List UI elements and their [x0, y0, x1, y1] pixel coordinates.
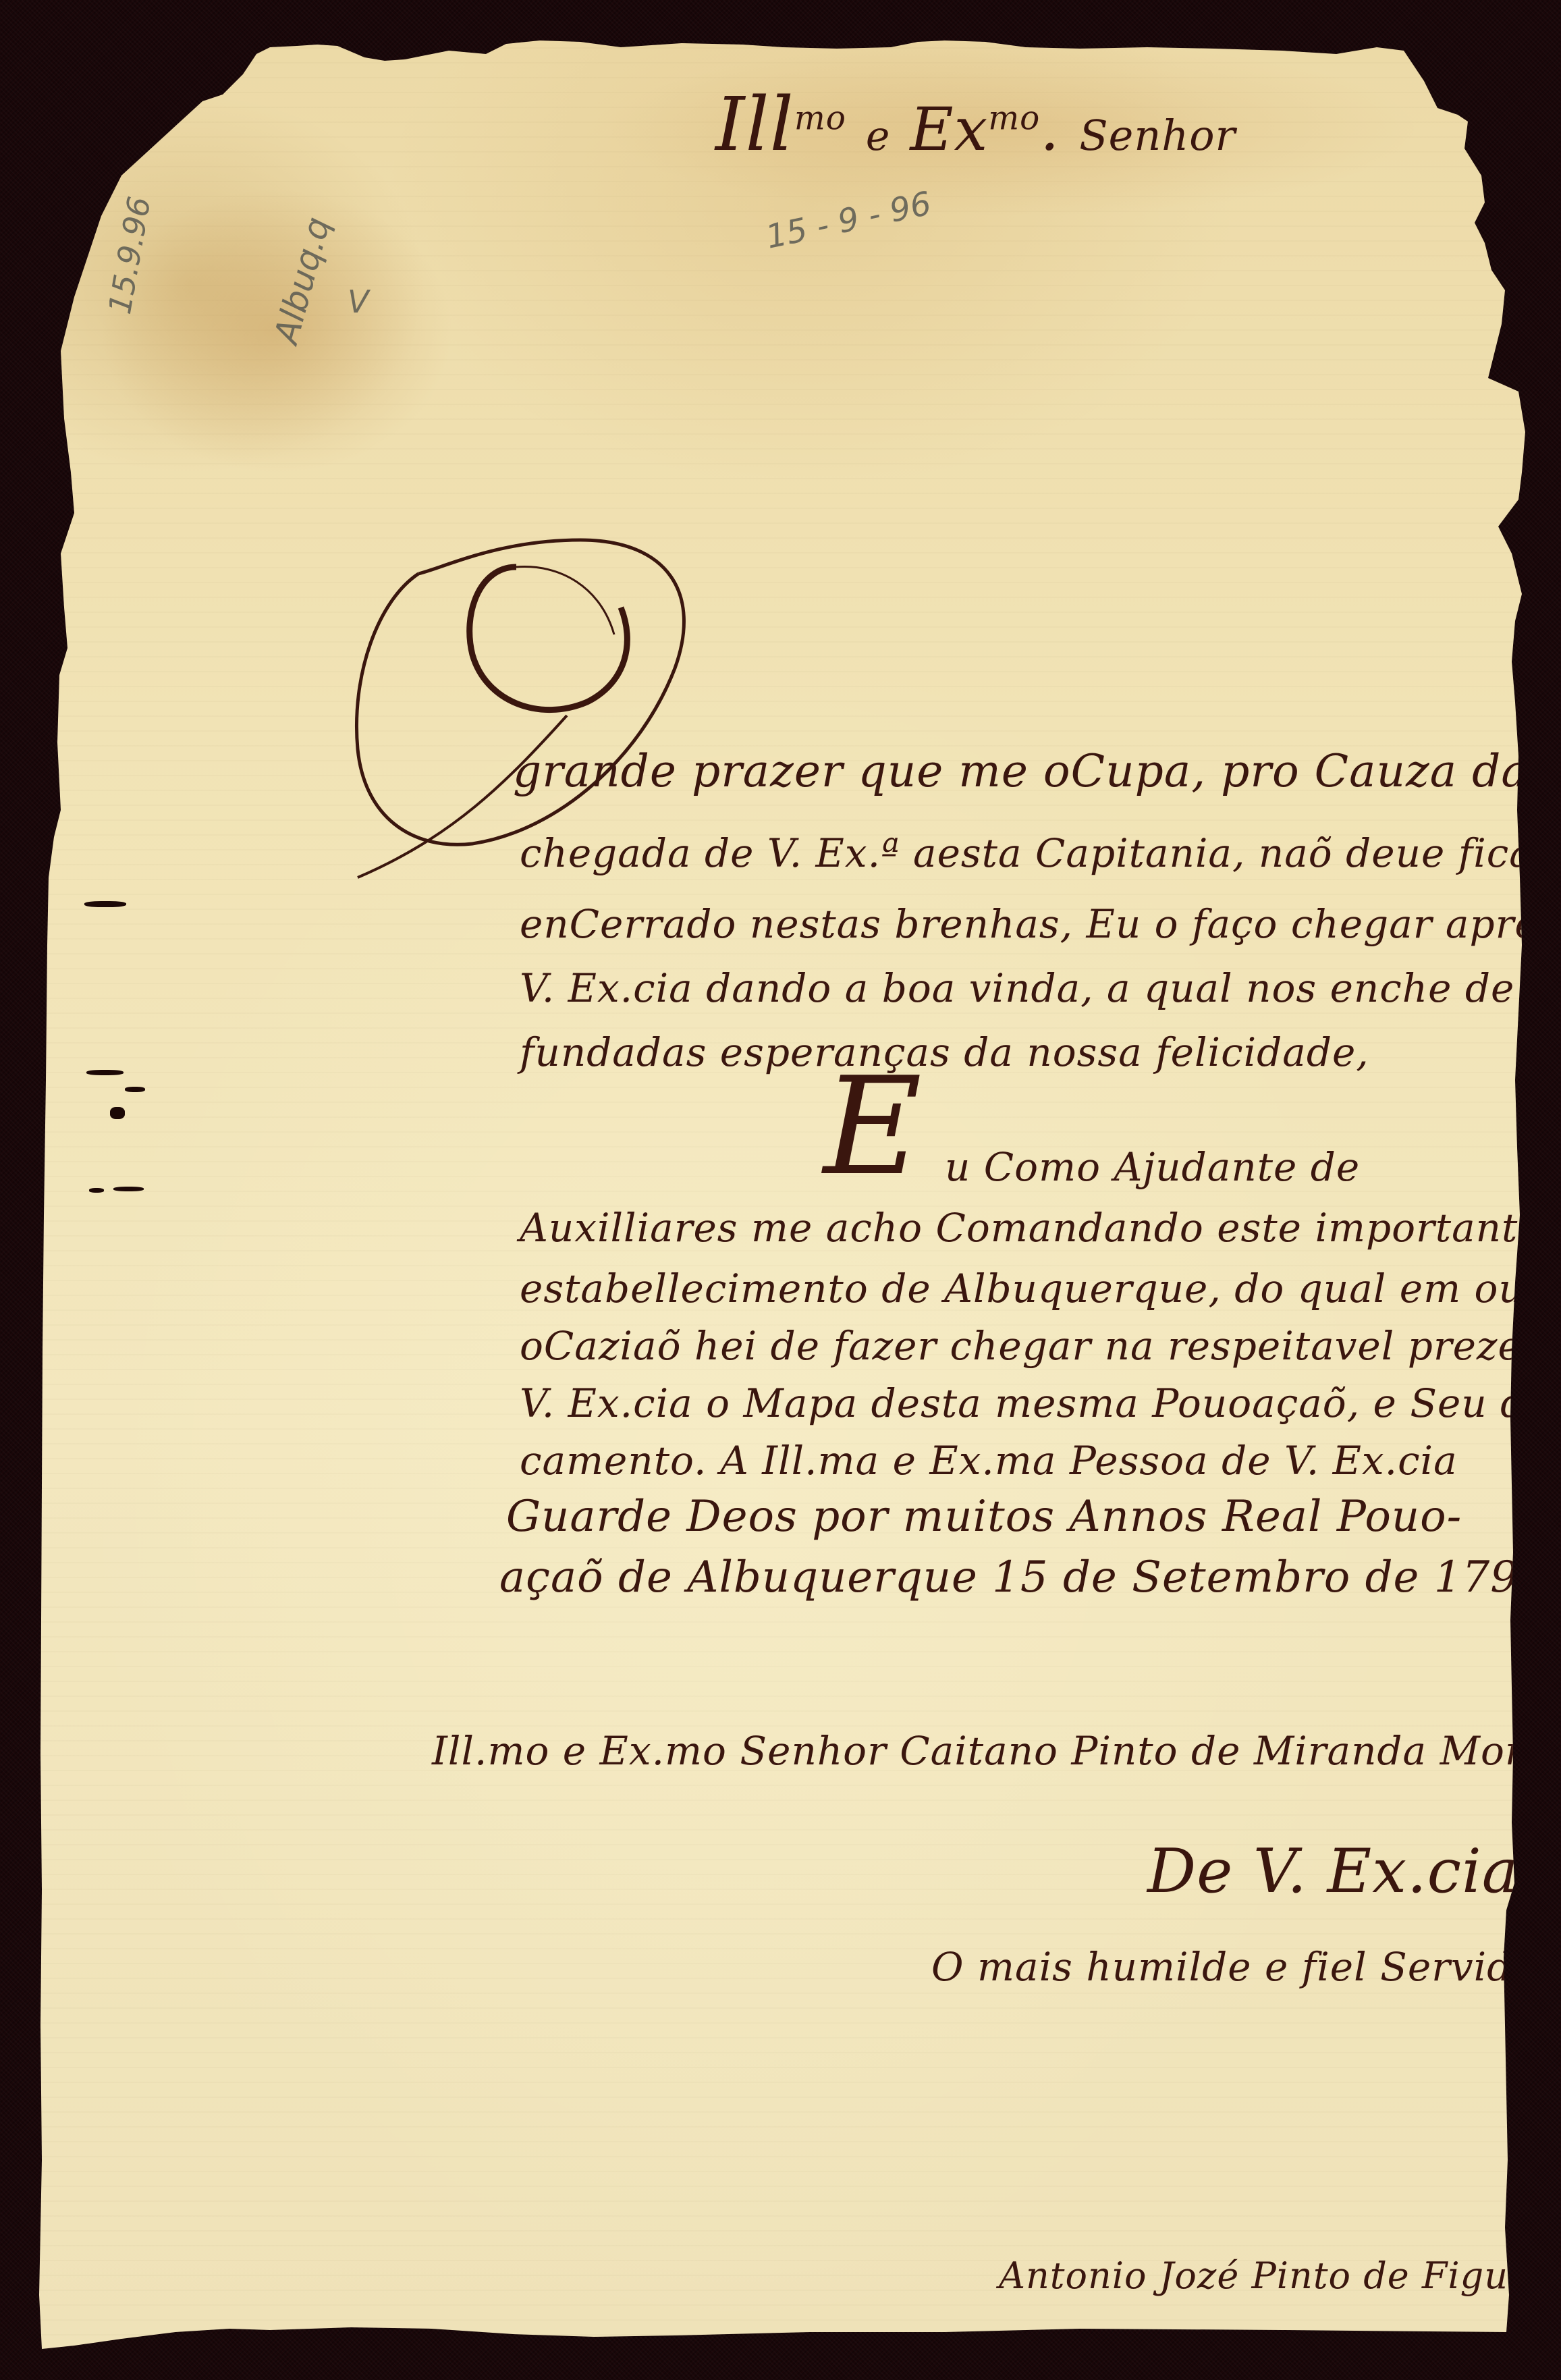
archive-mark-v: V	[348, 283, 368, 320]
salutation-sup-mo-2: mo	[988, 100, 1040, 138]
paragraph-2-line-2: Auxilliares me acho Comandando este impo…	[520, 1208, 1561, 1247]
ink-blot	[84, 901, 126, 907]
body-line-2: chegada de V. Ex.ª aesta Capitania, naõ …	[520, 834, 1553, 873]
ink-blot	[89, 1188, 104, 1193]
paragraph-2-line-8: açaõ de Albuquerque 15 de Setembro de 17…	[499, 1556, 1547, 1599]
body-line-4: V. Ex.cia dando a boa vinda, a qual nos …	[520, 969, 1561, 1008]
paragraph-2-line-4: oCaziaõ hei de fazer chegar na respeitav…	[520, 1326, 1561, 1365]
salutation-sup-mo: mo	[794, 100, 846, 138]
ink-blot	[125, 1087, 145, 1092]
paragraph-2-line-5: V. Ex.cia o Mapa desta mesma Pouoaçaõ, e…	[520, 1384, 1561, 1423]
ink-blot	[113, 1187, 144, 1191]
archive-date-center: 15 - 9 - 96	[763, 184, 935, 256]
addressee-line: Ill.mo e Ex.mo Senhor Caitano Pinto de M…	[432, 1728, 1561, 1774]
body-line-5: fundadas esperanças da nossa felicidade,	[520, 1033, 1369, 1072]
archive-date-left: 15.9.96	[101, 194, 158, 317]
ink-blot	[86, 1070, 124, 1075]
paragraph-2-initial: E	[823, 1060, 923, 1195]
ink-blot	[110, 1107, 125, 1119]
salutation-conj: e	[866, 113, 891, 160]
salutation-ex: Ex	[910, 94, 988, 164]
archive-place-note: Albuq.q	[267, 213, 337, 348]
manuscript-page: 15.9.96 Albuq.q V 15 - 9 - 96 Illmo e Ex…	[0, 0, 1561, 2380]
paragraph-2-line-3: estabellecimento de Albuquerque, do qual…	[520, 1269, 1561, 1308]
salutation-title: Senhor	[1079, 111, 1236, 160]
paragraph-2-line-1: u Como Ajudante de	[945, 1147, 1360, 1187]
closing-line: O mais humilde e fiel Servidor	[931, 1944, 1556, 1990]
salutation-header: Illmo e Exmo. Senhor	[715, 81, 1236, 167]
salutation-ill: Ill	[715, 81, 794, 167]
body-line-3: enCerrado nestas brenhas, Eu o faço cheg…	[520, 904, 1561, 944]
paragraph-2-line-6: camento. A Ill.ma e Ex.ma Pessoa de V. E…	[520, 1441, 1458, 1480]
paragraph-2-line-7: Guarde Deos por muitos Annos Real Pouo-	[506, 1495, 1462, 1538]
body-line-1: grande prazer que me oCupa, pro Cauza da	[513, 749, 1529, 794]
closing-abbrev: De V. Ex.cia	[1147, 1836, 1518, 1907]
signature: Antonio Jozé Pinto de Figueiredo	[999, 2254, 1561, 2297]
